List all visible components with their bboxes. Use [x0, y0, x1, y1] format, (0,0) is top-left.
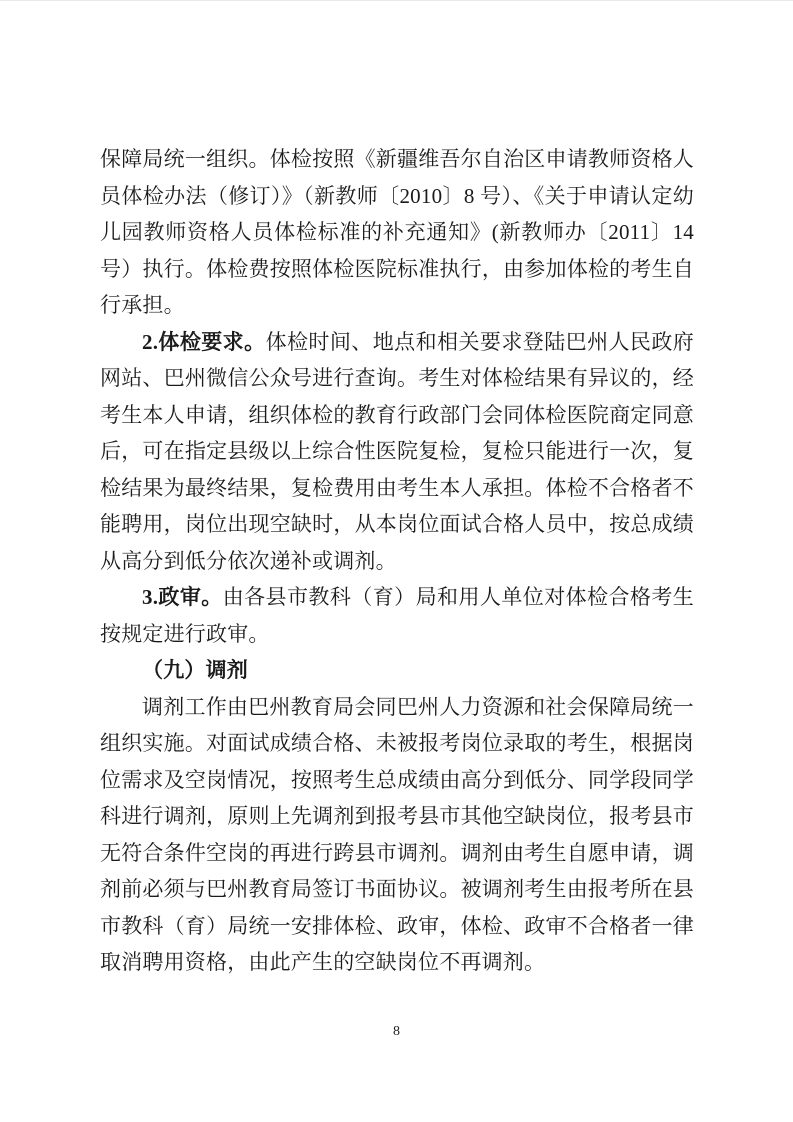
bold-text-run: 2.体检要求。 — [142, 330, 266, 354]
text-run: 调剂工作由巴州教育局会同巴州人力资源和社会保障局统一组织实施。对面试成绩合格、未… — [100, 695, 694, 975]
paragraph: 保障局统一组织。体检按照《新疆维吾尔自治区申请教师资格人员体检办法（修订）》（新… — [100, 141, 694, 324]
paragraph: 2.体检要求。体检时间、地点和相关要求登陆巴州人民政府网站、巴州微信公众号进行查… — [100, 324, 694, 580]
bold-text-run: （九）调剂 — [142, 658, 248, 682]
text-run: 体检时间、地点和相关要求登陆巴州人民政府网站、巴州微信公众号进行查询。考生对体检… — [100, 330, 694, 573]
paragraph: 调剂工作由巴州教育局会同巴州人力资源和社会保障局统一组织实施。对面试成绩合格、未… — [100, 689, 694, 981]
document-page: 保障局统一组织。体检按照《新疆维吾尔自治区申请教师资格人员体检办法（修订）》（新… — [0, 0, 793, 1122]
paragraph: 3.政审。由各县市教科（育）局和用人单位对体检合格考生按规定进行政审。 — [100, 579, 694, 652]
text-run: 保障局统一组织。体检按照《新疆维吾尔自治区申请教师资格人员体检办法（修订）》（新… — [100, 147, 694, 317]
page-number: 8 — [0, 1023, 793, 1041]
section-heading: （九）调剂 — [100, 652, 694, 689]
document-content: 保障局统一组织。体检按照《新疆维吾尔自治区申请教师资格人员体检办法（修订）》（新… — [100, 141, 694, 981]
bold-text-run: 3.政审。 — [142, 585, 223, 609]
